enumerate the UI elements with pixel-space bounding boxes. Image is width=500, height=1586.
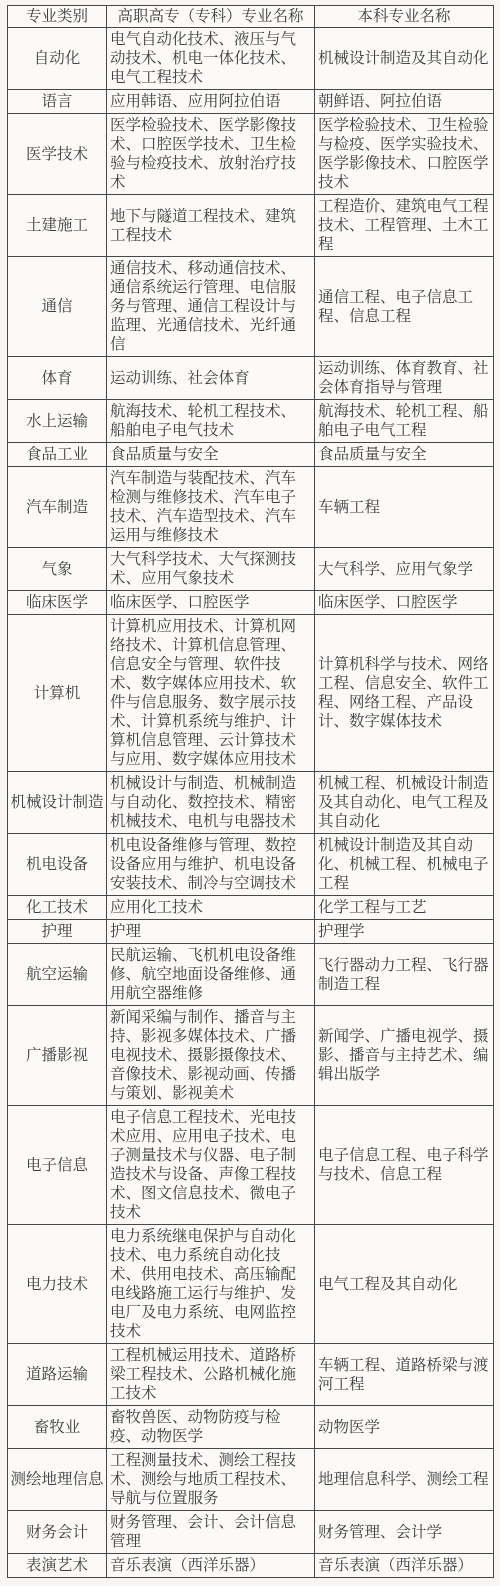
category-cell: 通信 xyxy=(8,257,107,357)
vocational-majors-cell: 机械设计与制造、机械制造与自动化、数控技术、精密机械技术、电机与电器技术 xyxy=(107,772,315,834)
table-row: 医学技术 医学检验技术、医学影像技术、口腔医学技术、卫生检验与检疫技术、放射治疗… xyxy=(8,114,494,195)
table-row: 水上运输 航海技术、轮机工程技术、船舶电子电气技术 航海技术、轮机工程、船舶电子… xyxy=(8,400,494,443)
table-row: 体育 运动训练、社会体育 运动训练、体育教育、社会体育指导与管理 xyxy=(8,357,494,400)
category-cell: 电子信息 xyxy=(8,1106,107,1225)
majors-mapping-table: 专业类别 高职高专（专科）专业名称 本科专业名称 自动化 电气自动化技术、液压与… xyxy=(7,5,494,1578)
category-cell: 医学技术 xyxy=(8,114,107,195)
undergraduate-majors-cell: 食品质量与安全 xyxy=(315,443,494,467)
category-cell: 水上运输 xyxy=(8,400,107,443)
category-cell: 电力技术 xyxy=(8,1225,107,1344)
table-row: 畜牧业 畜牧兽医、动物防疫与检疫、动物医学 动物医学 xyxy=(8,1406,494,1449)
undergraduate-majors-cell: 飞行器动力工程、飞行器制造工程 xyxy=(315,944,494,1006)
category-cell: 机电设备 xyxy=(8,834,107,896)
category-cell: 广播影视 xyxy=(8,1006,107,1106)
vocational-majors-cell: 电气自动化技术、液压与气动技术、机电一体化技术、电气工程技术 xyxy=(107,28,315,90)
document-page: 专业类别 高职高专（专科）专业名称 本科专业名称 自动化 电气自动化技术、液压与… xyxy=(0,0,500,1586)
table-row: 护理 护理 护理学 xyxy=(8,920,494,944)
category-cell: 航空运输 xyxy=(8,944,107,1006)
vocational-majors-cell: 计算机应用技术、计算机网络技术、计算机信息管理、信息安全与管理、软件技术、数字媒… xyxy=(107,615,315,772)
vocational-majors-cell: 工程机械运用技术、道路桥梁工程技术、公路机械化施工技术 xyxy=(107,1344,315,1406)
vocational-majors-cell: 医学检验技术、医学影像技术、口腔医学技术、卫生检验与检疫技术、放射治疗技术 xyxy=(107,114,315,195)
undergraduate-majors-cell: 计算机科学与技术、网络工程、信息安全、软件工程、网络工程、产品设计、数字媒体技术 xyxy=(315,615,494,772)
vocational-majors-cell: 电力系统继电保护与自动化技术、电力系统自动化技术、供用电技术、高压输配电线路施工… xyxy=(107,1225,315,1344)
vocational-majors-cell: 护理 xyxy=(107,920,315,944)
vocational-majors-cell: 民航运输、飞机机电设备维修、航空地面设备维修、通用航空器维修 xyxy=(107,944,315,1006)
table-row: 航空运输 民航运输、飞机机电设备维修、航空地面设备维修、通用航空器维修 飞行器动… xyxy=(8,944,494,1006)
category-cell: 测绘地理信息 xyxy=(8,1449,107,1511)
vocational-majors-cell: 临床医学、口腔医学 xyxy=(107,591,315,615)
vocational-majors-cell: 音乐表演（西洋乐器） xyxy=(107,1554,315,1578)
header-row: 专业类别 高职高专（专科）专业名称 本科专业名称 xyxy=(8,6,494,28)
category-cell: 体育 xyxy=(8,357,107,400)
category-cell: 畜牧业 xyxy=(8,1406,107,1449)
table-row: 道路运输 工程机械运用技术、道路桥梁工程技术、公路机械化施工技术 车辆工程、道路… xyxy=(8,1344,494,1406)
category-cell: 表演艺术 xyxy=(8,1554,107,1578)
undergraduate-majors-cell: 机械工程、机械设计制造及其自动化、电气工程及其自动化 xyxy=(315,772,494,834)
vocational-majors-cell: 电子信息工程技术、光电技术应用、应用电子技术、电子测量技术与仪器、电子制造技术与… xyxy=(107,1106,315,1225)
table-row: 食品工业 食品质量与安全 食品质量与安全 xyxy=(8,443,494,467)
table-row: 通信 通信技术、移动通信技术、通信系统运行管理、电信服务与管理、通信工程设计与监… xyxy=(8,257,494,357)
table-row: 土建施工 地下与隧道工程技术、建筑工程技术 工程造价、建筑电气工程技术、工程管理… xyxy=(8,195,494,257)
vocational-majors-cell: 汽车制造与装配技术、汽车检测与维修技术、汽车电子技术、汽车造型技术、汽车运用与维… xyxy=(107,467,315,548)
vocational-majors-cell: 食品质量与安全 xyxy=(107,443,315,467)
undergraduate-majors-cell: 工程造价、建筑电气工程技术、工程管理、土木工程 xyxy=(315,195,494,257)
undergraduate-majors-cell: 通信工程、电子信息工程、信息工程 xyxy=(315,257,494,357)
table-row: 化工技术 应用化工技术 化学工程与工艺 xyxy=(8,896,494,920)
undergraduate-majors-cell: 财务管理、会计学 xyxy=(315,1511,494,1554)
category-cell: 化工技术 xyxy=(8,896,107,920)
category-cell: 汽车制造 xyxy=(8,467,107,548)
category-cell: 气象 xyxy=(8,548,107,591)
category-cell: 自动化 xyxy=(8,28,107,90)
vocational-majors-cell: 运动训练、社会体育 xyxy=(107,357,315,400)
table-body: 自动化 电气自动化技术、液压与气动技术、机电一体化技术、电气工程技术 机械设计制… xyxy=(8,28,494,1578)
undergraduate-majors-cell: 临床医学、口腔医学 xyxy=(315,591,494,615)
undergraduate-majors-cell: 新闻学、广播电视学、摄影、播音与主持艺术、编辑出版学 xyxy=(315,1006,494,1106)
table-row: 汽车制造 汽车制造与装配技术、汽车检测与维修技术、汽车电子技术、汽车造型技术、汽… xyxy=(8,467,494,548)
vocational-majors-cell: 机电设备维修与管理、数控设备应用与维护、机电设备安装技术、制冷与空调技术 xyxy=(107,834,315,896)
category-cell: 语言 xyxy=(8,90,107,114)
table-row: 电子信息 电子信息工程技术、光电技术应用、应用电子技术、电子测量技术与仪器、电子… xyxy=(8,1106,494,1225)
undergraduate-majors-cell: 化学工程与工艺 xyxy=(315,896,494,920)
category-cell: 土建施工 xyxy=(8,195,107,257)
category-cell: 护理 xyxy=(8,920,107,944)
table-row: 广播影视 新闻采编与制作、播音与主持、影视多媒体技术、广播电视技术、摄影摄像技术… xyxy=(8,1006,494,1106)
table-row: 计算机 计算机应用技术、计算机网络技术、计算机信息管理、信息安全与管理、软件技术… xyxy=(8,615,494,772)
category-cell: 财务会计 xyxy=(8,1511,107,1554)
vocational-majors-cell: 应用化工技术 xyxy=(107,896,315,920)
vocational-majors-cell: 航海技术、轮机工程技术、船舶电子电气技术 xyxy=(107,400,315,443)
undergraduate-majors-cell: 电气工程及其自动化 xyxy=(315,1225,494,1344)
table-row: 气象 大气科学技术、大气探测技术、应用气象技术 大气科学、应用气象学 xyxy=(8,548,494,591)
vocational-majors-cell: 大气科学技术、大气探测技术、应用气象技术 xyxy=(107,548,315,591)
undergraduate-majors-cell: 动物医学 xyxy=(315,1406,494,1449)
table-row: 语言 应用韩语、应用阿拉伯语 朝鲜语、阿拉伯语 xyxy=(8,90,494,114)
table-row: 自动化 电气自动化技术、液压与气动技术、机电一体化技术、电气工程技术 机械设计制… xyxy=(8,28,494,90)
vocational-majors-cell: 通信技术、移动通信技术、通信系统运行管理、电信服务与管理、通信工程设计与监理、光… xyxy=(107,257,315,357)
vocational-majors-cell: 工程测量技术、测绘工程技术、测绘与地质工程技术、导航与位置服务 xyxy=(107,1449,315,1511)
table-row: 测绘地理信息 工程测量技术、测绘工程技术、测绘与地质工程技术、导航与位置服务 地… xyxy=(8,1449,494,1511)
table-row: 财务会计 财务管理、会计、会计信息管理 财务管理、会计学 xyxy=(8,1511,494,1554)
vocational-majors-cell: 应用韩语、应用阿拉伯语 xyxy=(107,90,315,114)
table-row: 表演艺术 音乐表演（西洋乐器） 音乐表演（西洋乐器） xyxy=(8,1554,494,1578)
vocational-majors-cell: 财务管理、会计、会计信息管理 xyxy=(107,1511,315,1554)
undergraduate-majors-cell: 车辆工程、道路桥梁与渡河工程 xyxy=(315,1344,494,1406)
category-cell: 计算机 xyxy=(8,615,107,772)
table-row: 临床医学 临床医学、口腔医学 临床医学、口腔医学 xyxy=(8,591,494,615)
table-row: 电力技术 电力系统继电保护与自动化技术、电力系统自动化技术、供用电技术、高压输配… xyxy=(8,1225,494,1344)
header-category: 专业类别 xyxy=(8,6,107,28)
undergraduate-majors-cell: 音乐表演（西洋乐器） xyxy=(315,1554,494,1578)
header-undergraduate-majors: 本科专业名称 xyxy=(315,6,494,28)
category-cell: 临床医学 xyxy=(8,591,107,615)
undergraduate-majors-cell: 医学检验技术、卫生检验与检疫、医学实验技术、医学影像技术、口腔医学技术 xyxy=(315,114,494,195)
undergraduate-majors-cell: 大气科学、应用气象学 xyxy=(315,548,494,591)
undergraduate-majors-cell: 机械设计制造及其自动化 xyxy=(315,28,494,90)
undergraduate-majors-cell: 电子信息工程、电子科学与技术、信息工程 xyxy=(315,1106,494,1225)
undergraduate-majors-cell: 机械设计制造及其自动化、机械工程、机械电子工程 xyxy=(315,834,494,896)
category-cell: 食品工业 xyxy=(8,443,107,467)
table-row: 机电设备 机电设备维修与管理、数控设备应用与维护、机电设备安装技术、制冷与空调技… xyxy=(8,834,494,896)
undergraduate-majors-cell: 地理信息科学、测绘工程 xyxy=(315,1449,494,1511)
undergraduate-majors-cell: 朝鲜语、阿拉伯语 xyxy=(315,90,494,114)
header-vocational-majors: 高职高专（专科）专业名称 xyxy=(107,6,315,28)
undergraduate-majors-cell: 护理学 xyxy=(315,920,494,944)
undergraduate-majors-cell: 车辆工程 xyxy=(315,467,494,548)
category-cell: 机械设计制造 xyxy=(8,772,107,834)
vocational-majors-cell: 地下与隧道工程技术、建筑工程技术 xyxy=(107,195,315,257)
table-header: 专业类别 高职高专（专科）专业名称 本科专业名称 xyxy=(8,6,494,28)
table-row: 机械设计制造 机械设计与制造、机械制造与自动化、数控技术、精密机械技术、电机与电… xyxy=(8,772,494,834)
vocational-majors-cell: 畜牧兽医、动物防疫与检疫、动物医学 xyxy=(107,1406,315,1449)
undergraduate-majors-cell: 航海技术、轮机工程、船舶电子电气工程 xyxy=(315,400,494,443)
undergraduate-majors-cell: 运动训练、体育教育、社会体育指导与管理 xyxy=(315,357,494,400)
vocational-majors-cell: 新闻采编与制作、播音与主持、影视多媒体技术、广播电视技术、摄影摄像技术、音像技术… xyxy=(107,1006,315,1106)
category-cell: 道路运输 xyxy=(8,1344,107,1406)
